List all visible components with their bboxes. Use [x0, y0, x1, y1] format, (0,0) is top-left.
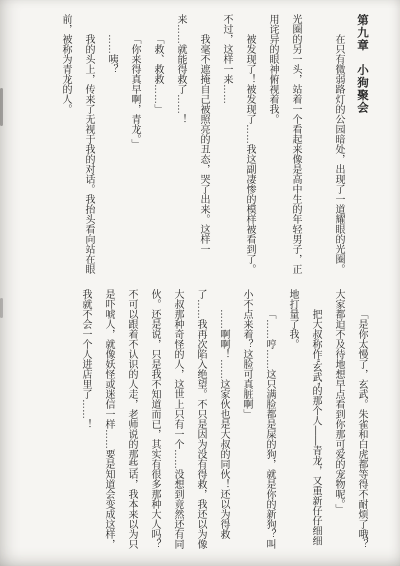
paragraph: 在只有微弱路灯的公园暗处，出现了一道耀眼的光圈。: [327, 14, 350, 276]
paragraph: 把大叔称作“玄武”的那个人——青龙，又重新仔仔细细地打量了我。: [281, 289, 327, 552]
dialogue-line: 「救、救救……」: [146, 14, 169, 276]
bottom-text-tier: 「是你太慢了，玄武。朱雀和白虎都等得不耐烦了哦？大家都迫不及待地想早点看到你那可…: [74, 289, 373, 552]
dialogue-line: 「你来得真早啊，青龙。」: [123, 14, 146, 276]
dialogue-line: 「是你太慢了，玄武。朱雀和白虎都等得不耐烦了哦？大家都迫不及待地想早点看到你那可…: [327, 289, 373, 552]
top-text-tier: 第九章 小狗聚会 在只有微弱路灯的公园暗处，出现了一道耀眼的光圈。 光圈的另一头…: [54, 14, 373, 276]
paragraph-spacer: [307, 14, 327, 276]
paragraph: ……咦？: [100, 14, 123, 276]
dialogue-line: 「……哼……这只满脸都是屎的狗，就是你的新狗？叫小不点来着？这脸可真脏啊」: [235, 289, 281, 552]
paragraph: 我的头上，传来了无视于我的对话。我抬头看向站在眼前，被称为青龙的人。: [54, 14, 100, 276]
paragraph: 我毫不遮掩自己被照亮的丑态，哭了出来。这样一来……就能得救了……！: [169, 14, 215, 276]
paragraph: 不过，这样一来……: [215, 14, 238, 276]
scan-artifact: [0, 88, 3, 126]
scan-artifact: [0, 298, 3, 318]
novel-page[interactable]: 第九章 小狗聚会 在只有微弱路灯的公园暗处，出现了一道耀眼的光圈。 光圈的另一头…: [0, 0, 400, 566]
paragraph: 被发现了！被发现了……我这副凄惨的模样被看到了。: [238, 14, 261, 276]
chapter-title: 第九章 小狗聚会: [350, 14, 373, 276]
paragraph: ……啊啊！……这家伙也是大叔的同伙！还以为得救了……我再次陷入绝望。不只是因为没…: [74, 289, 235, 552]
paragraph: 光圈的另一头，站着一个看起来像是高中生的年轻男子，正用诧异的眼神俯视着我。: [261, 14, 307, 276]
